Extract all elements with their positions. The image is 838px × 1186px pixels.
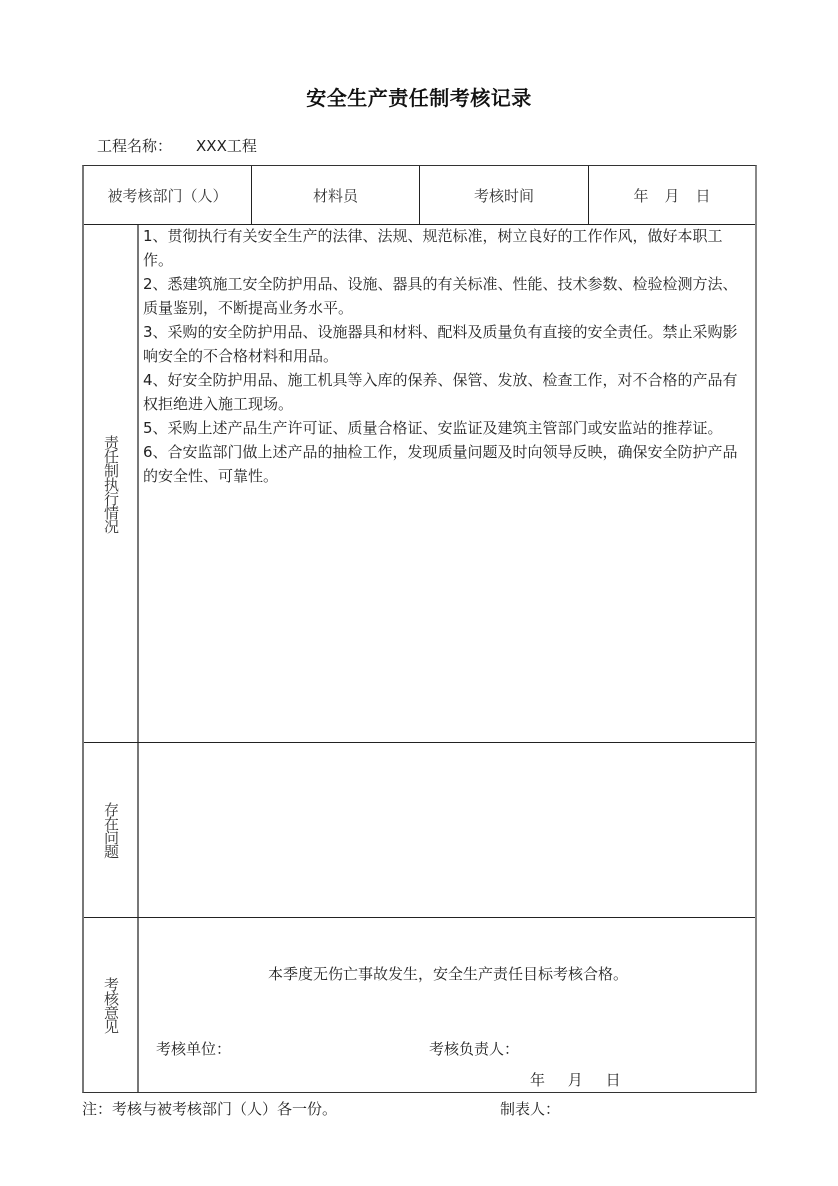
opinion-label: 考核意见	[103, 977, 118, 1033]
execution-label: 责任制执行情况	[103, 435, 118, 533]
time-label-cell: 考核时间	[420, 166, 589, 224]
project-name-value: XXX工程	[196, 137, 257, 155]
execution-body[interactable]: 1、贯彻执行有关安全生产的法律、法规、规范标准，树立良好的工作作风，做好本职工作…	[141, 225, 755, 742]
problems-section: 存在问题	[84, 743, 755, 918]
opinion-date-month: 月	[568, 1071, 583, 1089]
problems-label-cell: 存在问题	[84, 743, 139, 917]
assessing-unit-label: 考核单位：	[156, 1038, 231, 1059]
problems-body[interactable]	[141, 743, 755, 917]
duty-item: 4、好安全防护用品、施工机具等入库的保养、保管、发放、检查工作，对不合格的产品有…	[143, 368, 745, 416]
opinion-body[interactable]: 本季度无伤亡事故发生，安全生产责任目标考核合格。 考核单位： 考核负责人： 年 …	[141, 918, 755, 1092]
date-day: 日	[696, 185, 711, 206]
duty-item: 6、合安监部门做上述产品的抽检工作，发现质量问题及时向领导反映，确保安全防护产品…	[143, 440, 745, 488]
problems-label: 存在问题	[103, 802, 118, 858]
assessment-table: 被考核部门（人） 材料员 考核时间 年 月 日 责任制执行情况 1、贯彻执行有关…	[82, 165, 757, 1093]
project-name-line: 工程名称：XXX工程	[97, 135, 257, 156]
duty-item: 1、贯彻执行有关安全生产的法律、法规、规范标准，树立良好的工作作风，做好本职工作…	[143, 224, 745, 272]
opinion-section: 考核意见 本季度无伤亡事故发生，安全生产责任目标考核合格。 考核单位： 考核负责…	[84, 918, 755, 1092]
dept-label-cell: 被考核部门（人）	[84, 166, 252, 224]
opinion-label-cell: 考核意见	[84, 918, 139, 1092]
execution-section: 责任制执行情况 1、贯彻执行有关安全生产的法律、法规、规范标准，树立良好的工作作…	[84, 225, 755, 743]
document-title: 安全生产责任制考核记录	[0, 82, 838, 111]
project-name-label: 工程名称：	[97, 137, 172, 155]
assessing-person-label: 考核负责人：	[429, 1038, 519, 1059]
opinion-text: 本季度无伤亡事故发生，安全生产责任目标考核合格。	[141, 963, 755, 984]
time-value-cell[interactable]: 年 月 日	[589, 166, 755, 224]
opinion-date: 年 月 日	[530, 1069, 639, 1090]
duty-list: 1、贯彻执行有关安全生产的法律、法规、规范标准，树立良好的工作作风，做好本职工作…	[141, 224, 755, 488]
dept-label: 被考核部门（人）	[107, 185, 227, 206]
date-year: 年	[633, 185, 648, 206]
dept-value: 材料员	[313, 185, 358, 206]
duty-item: 3、采购的安全防护用品、设施器具和材料、配料及质量负有直接的安全责任。禁止采购影…	[143, 320, 745, 368]
execution-label-cell: 责任制执行情况	[84, 225, 139, 742]
opinion-date-year: 年	[530, 1071, 545, 1089]
time-label: 考核时间	[474, 185, 534, 206]
header-row: 被考核部门（人） 材料员 考核时间 年 月 日	[84, 166, 755, 225]
date-month: 月	[664, 185, 679, 206]
footer-note: 注：考核与被考核部门（人）各一份。	[82, 1098, 337, 1119]
duty-item: 2、悉建筑施工安全防护用品、设施、器具的有关标准、性能、技术参数、检验检测方法、…	[143, 272, 745, 320]
duty-item: 5、采购上述产品生产许可证、质量合格证、安监证及建筑主管部门或安监站的推荐证。	[143, 416, 745, 440]
form-maker-label: 制表人：	[500, 1098, 560, 1119]
dept-value-cell[interactable]: 材料员	[252, 166, 420, 224]
opinion-date-day: 日	[606, 1071, 621, 1089]
